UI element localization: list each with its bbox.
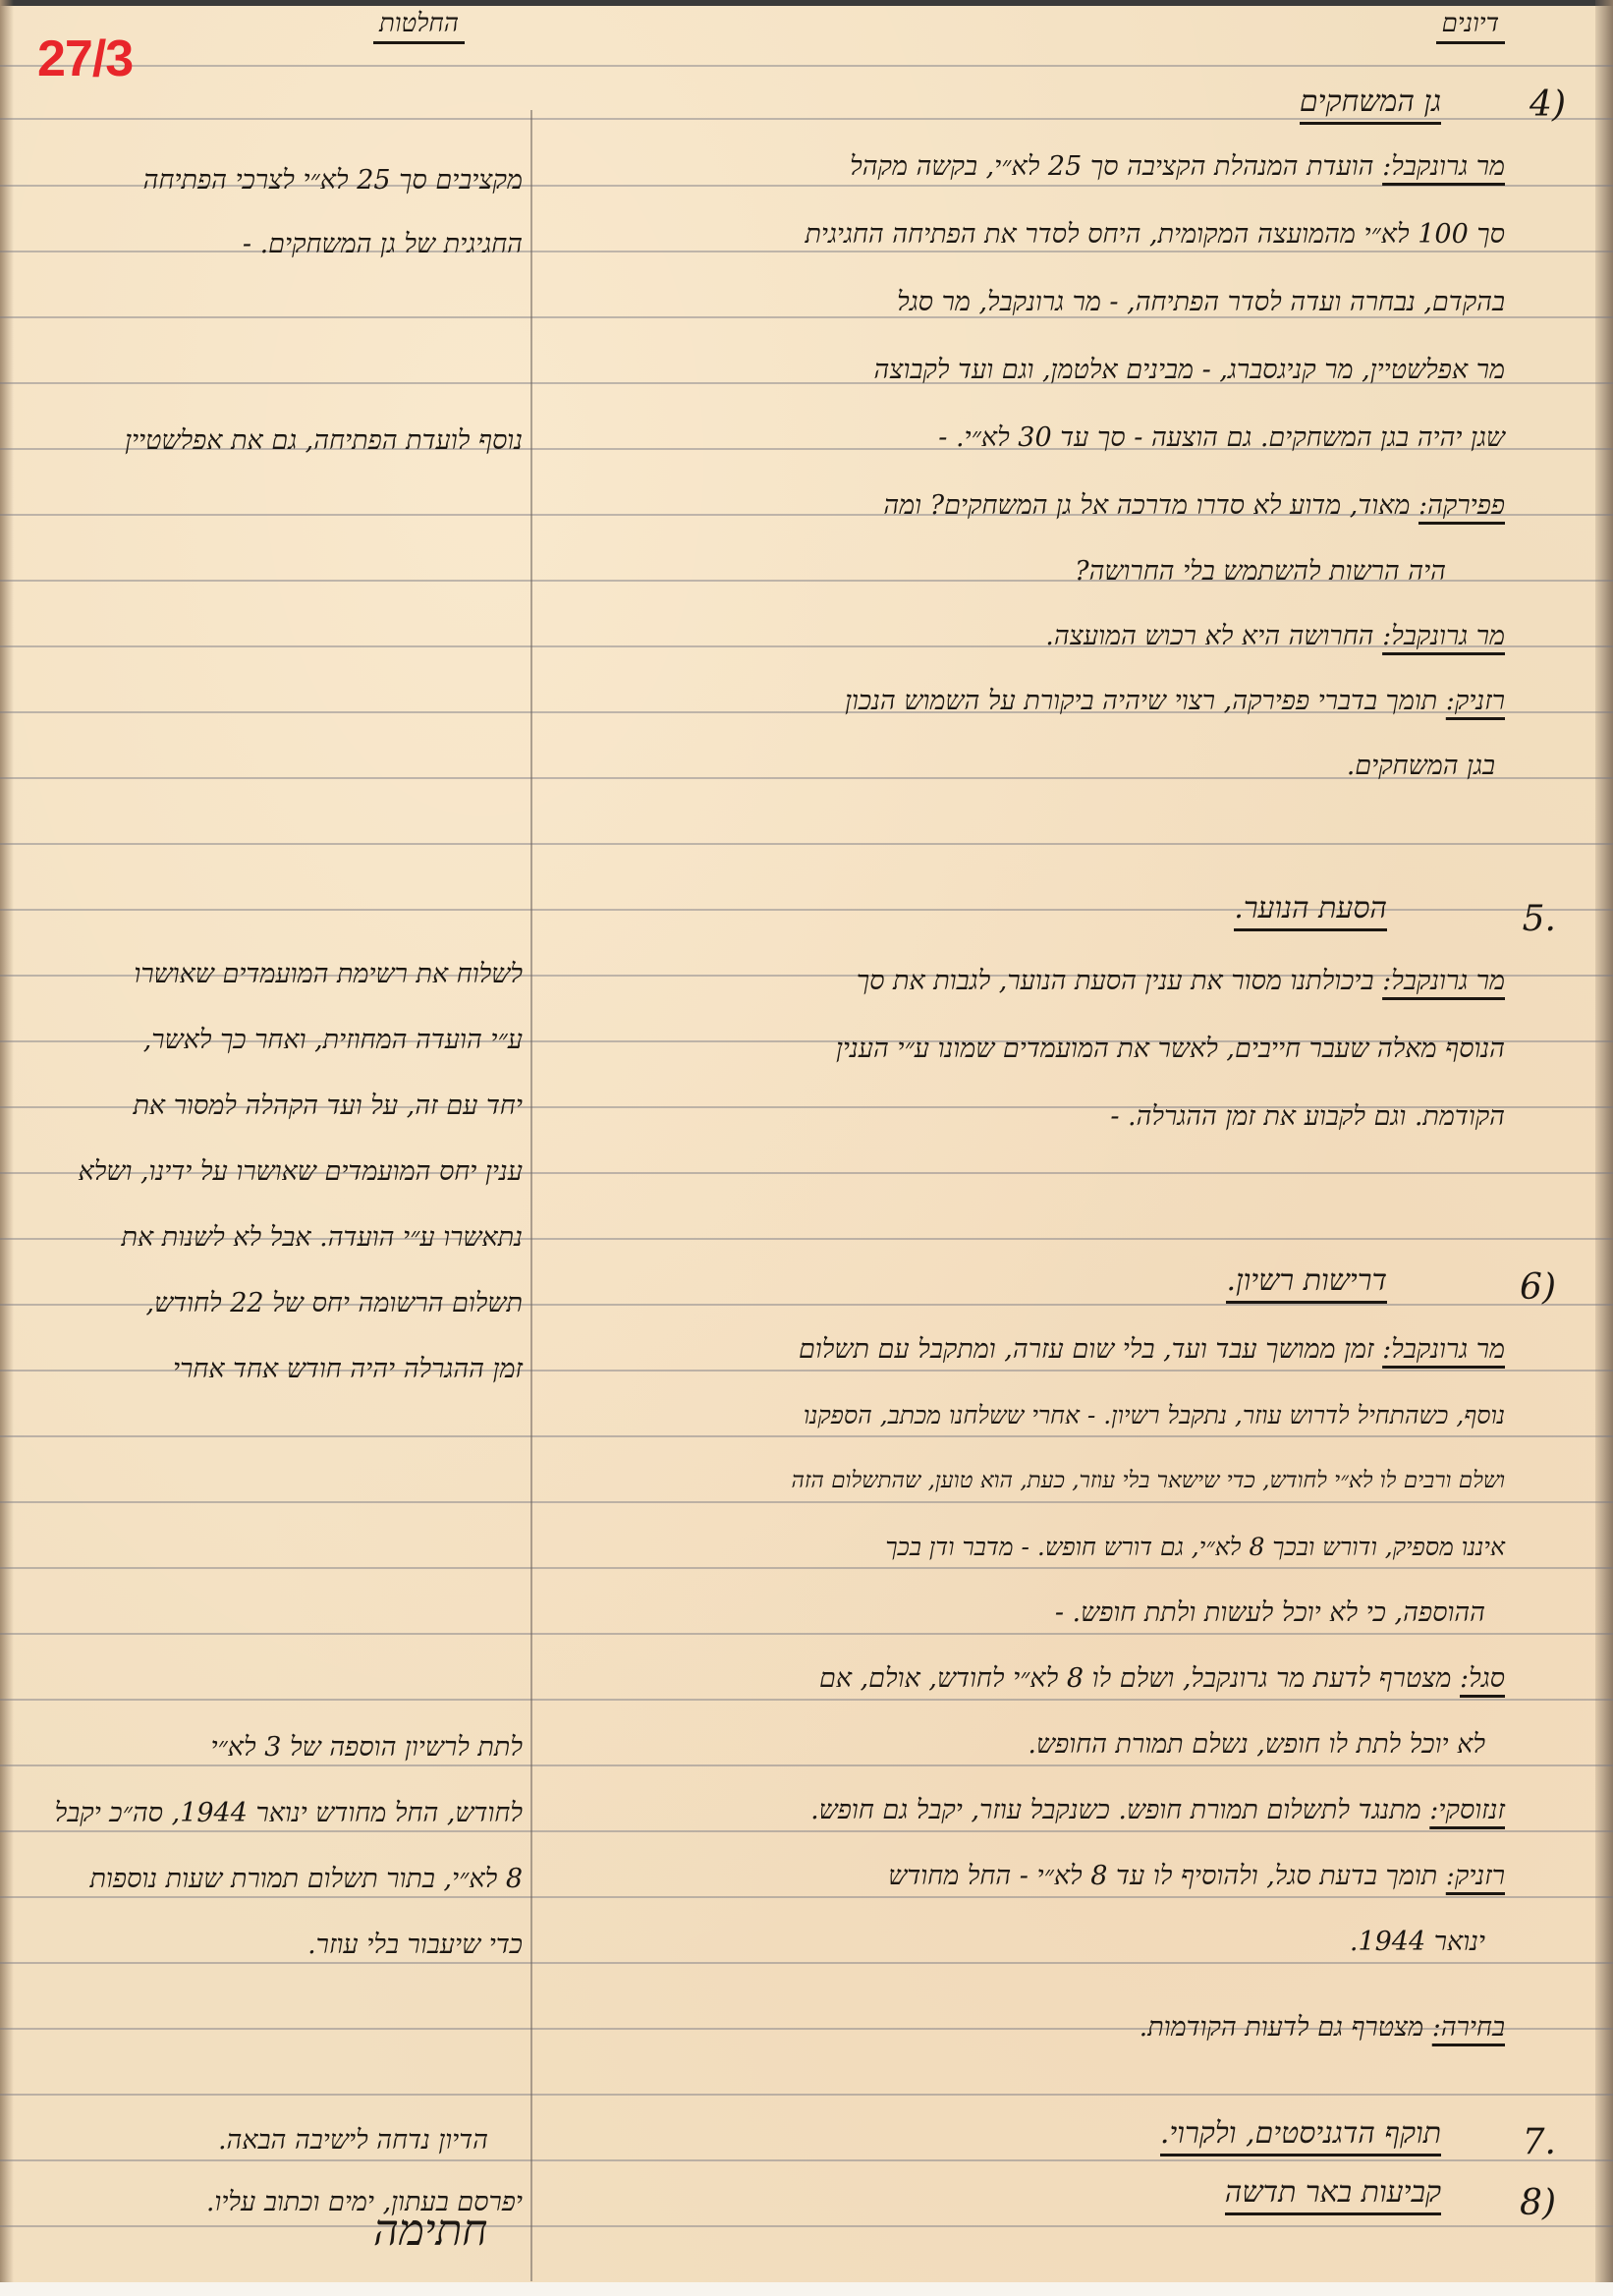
decision-line: כדי שיעבור בלי עוזר. [22,1912,523,1978]
discussion-line: הקודמת. וגם לקבוע את זמן ההגרלה. - [523,1084,1505,1149]
discussion-text: מצטרף לדעת מר גרונקבל, ושלם לו 8 לא״י לח… [819,1663,1451,1694]
ruled-line [0,2094,1613,2096]
item-heading: תוקף הדגניסטים, ולקרוי. [1160,2114,1441,2156]
discussion-text: נוסף, כשהתחיל לדרוש עוזר, נתקבל רשיון. -… [804,1401,1505,1429]
discussion-line: סגל: מצטרף לדעת מר גרונקבל, ושלם לו 8 לא… [523,1646,1505,1711]
discussion-text: בגן המשחקים. [1347,751,1495,781]
item-number: 6) [1520,1267,1556,1308]
discussion-text: איננו מספיק, ודורש ובכך 8 לא״י, גם דורש … [885,1533,1505,1561]
item-number: 7. [1523,2122,1556,2162]
discussion-text: מר אפלשטיין, מר קניגסברג, - מבינים אלטמן… [874,355,1505,385]
decision-line: לחודש, החל מחודש ינואר 1944, סה״כ יקבל [22,1780,523,1846]
date-label: 27/3 [37,29,133,88]
speaker-name: מר גרונקבל: [1382,1334,1505,1365]
discussion-line: מר אפלשטיין, מר קניגסברג, - מבינים אלטמן… [523,337,1505,403]
discussion-text: סך 100 לא״י מהמועצה המקומית, היחס לסדר א… [805,219,1505,250]
speaker-name: פפירקה: [1418,490,1505,521]
scan-left-shadow [0,0,14,2296]
item-heading: הסעת הנוער. [1234,889,1387,931]
discussion-text: מאוד, מדוע לא סדרו מדרכה אל גן המשחקים? … [883,490,1410,521]
speaker-name: מר גרונקבל: [1382,621,1505,651]
discussion-text: זמן ממושך עבד ועד, בלי שום עזרה, ומתקבל … [799,1334,1374,1365]
discussion-line: בהקדם, נבחרה ועדה לסדר הפתיחה, - מר גרונ… [523,269,1505,335]
discussion-line: מר גרונקבל: הועדת המנהלת הקציבה סך 25 לא… [523,134,1505,199]
discussion-text: הקודמת. וגם לקבוע את זמן ההגרלה. - [1110,1101,1505,1132]
discussion-line: ינואר 1944. [503,1909,1485,1975]
discussion-line: זנזוסקי: מתנגד לתשלום תמורת חופש. כשנקבל… [523,1777,1505,1843]
discussion-text: הועדת המנהלת הקציבה סך 25 לא״י, בקשה מקה… [850,151,1373,182]
discussion-line: בגן המשחקים. [513,733,1495,799]
discussion-text: היה הרשות להשתמש בלי החרושה? [1075,556,1446,587]
discussion-text: ההוספה, כי לא יוכל לעשות ולתת חופש. - [1055,1597,1485,1628]
discussion-line: היה הרשות להשתמש בלי החרושה? [464,538,1446,604]
document-page: 27/3 דיונים החלטות 4) גן המשחקים מר גרונ… [0,0,1613,2296]
discussion-text: לא יוכל לתת לו חופש, נשלם תמורת החופש. [1028,1729,1485,1760]
discussion-line: רזניק: תומך בדברי פפירקה, רצוי שיהיה ביק… [523,668,1505,734]
discussion-line: איננו מספיק, ודורש ובכך 8 לא״י, גם דורש … [523,1514,1505,1580]
speaker-name: זנזוסקי: [1429,1795,1505,1825]
discussion-line: מר גרונקבל: ביכולתנו מסור את ענין הסעת ה… [523,948,1505,1014]
discussion-text: ביכולתנו מסור את ענין הסעת הנוער, לגבות … [857,966,1374,996]
discussion-line: מר גרונקבל: החרושה היא לא רכוש המועצה. [523,603,1505,669]
decision-line: יחד עם זה, על ועד הקהלה למסור את [22,1073,523,1139]
discussion-line: ושלם ורבים לו לא״י לחודש, כדי שישאר בלי … [523,1448,1505,1514]
decisions-column-header: החלטות [373,6,465,44]
decision-line: לשלוח את רשימת המועמדים שאושרו [22,941,523,1007]
decision-line: מקציבים סך 25 לא״י לצרכי הפתיחה [22,147,523,213]
discussion-column-header: דיונים [1436,6,1505,44]
discussion-text: שגן יהיה בגן המשחקים. גם הוצעה - סך עד 3… [938,422,1505,453]
discussion-text: ושלם ורבים לו לא״י לחודש, כדי שישאר בלי … [792,1468,1505,1493]
discussion-line: סך 100 לא״י מהמועצה המקומית, היחס לסדר א… [523,201,1505,267]
decision-line: לתת לרשיון הוספה של 3 לא״י [22,1714,523,1780]
discussion-line: בחירה: מצטרף גם לדעות הקודמות. [523,1994,1505,2060]
scan-bottom-edge [0,2282,1613,2296]
item-heading: דרישות רשיון. [1226,1261,1387,1304]
decision-line: ענין יחס המועמדים שאושרו על ידינו, ושלא [22,1139,523,1204]
decision-line: נוסף לועדת הפתיחה, גם את אפלשטיין [22,408,523,474]
discussion-line: הנוסף מאלה שעבר חייבים, לאשר את המועמדים… [523,1016,1505,1082]
scan-right-edge [1595,0,1613,2296]
discussion-line: רזניק: תומך בדעת סגל, ולהוסיף לו עד 8 לא… [523,1843,1505,1909]
discussion-text: הנוסף מאלה שעבר חייבים, לאשר את המועמדים… [836,1034,1505,1064]
speaker-name: סגל: [1460,1663,1505,1694]
decision-line: נתאשרו ע״י הועדה. אבל לא לשנות את [22,1204,523,1270]
discussion-line: שגן יהיה בגן המשחקים. גם הוצעה - סך עד 3… [523,405,1505,471]
discussion-text: ינואר 1944. [1350,1927,1485,1957]
discussion-text: מצטרף גם לדעות הקודמות. [1140,2012,1424,2043]
decision-line: הדיון נדחה לישיבה הבאה. [0,2107,488,2173]
discussion-text: תומך בדעת סגל, ולהוסיף לו עד 8 לא״י - הח… [888,1861,1437,1891]
signature: חתימה [373,2206,487,2256]
item-number: 4) [1530,84,1566,125]
item-number: 8) [1520,2183,1556,2223]
item-heading: קביעות באר תדשה [1225,2173,1441,2215]
speaker-name: מר גרונקבל: [1382,966,1505,996]
discussion-line: פפירקה: מאוד, מדוע לא סדרו מדרכה אל גן ה… [523,473,1505,538]
speaker-name: מר גרונקבל: [1382,151,1505,182]
decision-line: החגיגית של גן המשחקים. - [22,211,523,277]
discussion-line: נוסף, כשהתחיל לדרוש עוזר, נתקבל רשיון. -… [523,1382,1505,1448]
discussion-line: ההוספה, כי לא יוכל לעשות ולתת חופש. - [503,1580,1485,1646]
decision-line: תשלום הרשומה יחס של 22 לחודש, [22,1270,523,1336]
speaker-name: רזניק: [1446,1861,1505,1891]
item-heading: גן המשחקים [1300,83,1441,125]
discussion-line: מר גרונקבל: זמן ממושך עבד ועד, בלי שום ע… [523,1316,1505,1382]
discussion-text: בהקדם, נבחרה ועדה לסדר הפתיחה, - מר גרונ… [897,287,1505,317]
decision-line: ע״י הועדה המחוזית, ואחר כך לאשר, [22,1007,523,1073]
speaker-name: רזניק: [1446,686,1505,716]
ruled-line [0,843,1613,845]
discussion-line: לא יוכל לתת לו חופש, נשלם תמורת החופש. [503,1711,1485,1777]
item-number: 5. [1523,899,1556,939]
discussion-text: מתנגד לתשלום תמורת חופש. כשנקבל עוזר, יק… [810,1795,1421,1825]
decision-line: 8 לא״י, בתור תשלום תמורת שעות נוספות [22,1846,523,1912]
scan-top-edge [0,0,1613,6]
discussion-text: תומך בדברי פפירקה, רצוי שיהיה ביקורת על … [845,686,1437,716]
speaker-name: בחירה: [1432,2012,1505,2043]
decision-line: זמן ההגרלה יהיה חודש אחד אחרי [22,1336,523,1402]
ruled-line [0,65,1613,67]
discussion-text: החרושה היא לא רכוש המועצה. [1045,621,1373,651]
